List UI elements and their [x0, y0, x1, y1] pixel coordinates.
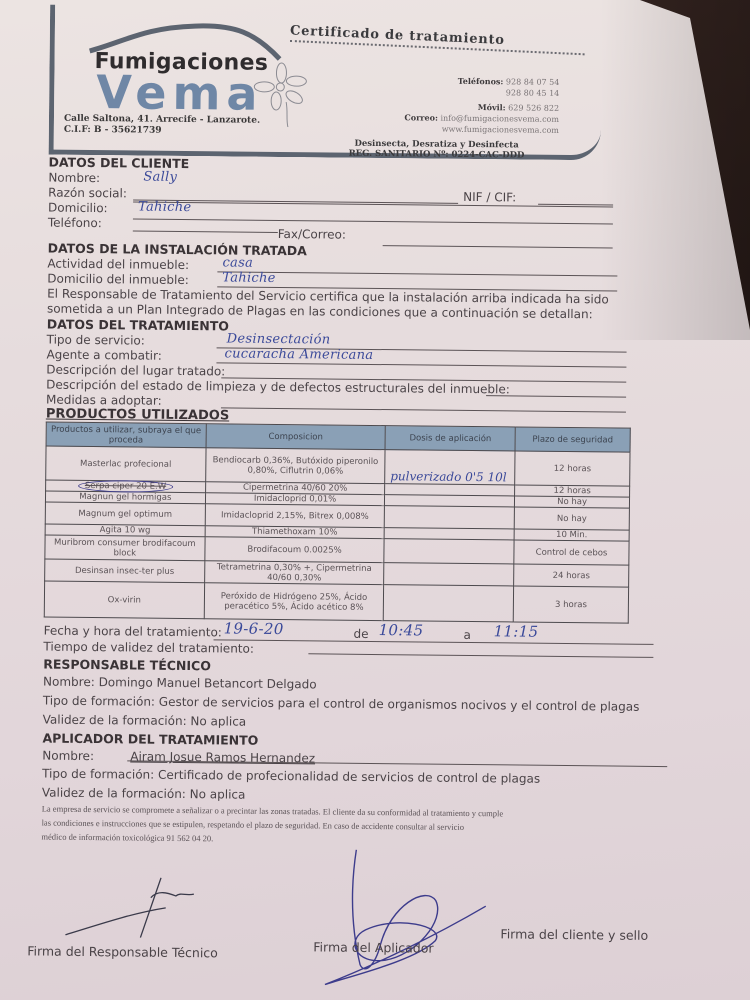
products-table-wrap: Productos a utilizar, subraya el que pro… — [44, 422, 646, 624]
contact-block: Teléfonos: 928 84 07 54 928 80 45 14 Móv… — [404, 75, 559, 136]
nif-label: NIF / CIF: — [463, 190, 516, 206]
lugar-label: Descripción del lugar tratado: — [46, 363, 225, 379]
validez-tratamiento-label: Tiempo de validez del tratamiento: — [43, 640, 254, 656]
product-safety-period: No hay — [514, 507, 629, 530]
telefono-label: Teléfono: — [48, 216, 102, 231]
email-label: Correo: — [404, 112, 438, 122]
product-name-cell[interactable]: Masterlac profecional — [46, 446, 206, 482]
company-name-line2: Vema — [96, 65, 264, 121]
medidas-label: Medidas a adoptar: — [46, 393, 162, 408]
product-dose-cell[interactable] — [384, 539, 514, 564]
product-name: Masterlac profecional — [80, 458, 171, 469]
tipo-servicio-value[interactable]: Desinsectación — [227, 331, 331, 347]
form-body: DATOS DEL CLIENTE Nombre: Sally Razón so… — [41, 155, 648, 850]
product-name: Muribrom consumer brodifacoum block — [54, 537, 196, 558]
fecha-de-label: de — [354, 627, 369, 642]
product-dose-cell[interactable] — [385, 506, 515, 529]
domicilio-value[interactable]: Tahiche — [138, 200, 192, 216]
razon-social-label: Razón social: — [48, 186, 127, 201]
actividad-value[interactable]: casa — [222, 255, 253, 270]
agente-value[interactable]: cucaracha Americana — [224, 346, 373, 363]
product-name-cell[interactable]: Magnum gel optimum — [45, 502, 205, 526]
product-dose-cell[interactable] — [384, 585, 514, 622]
validez-tratamiento-input-line[interactable] — [308, 653, 653, 658]
products-table: Productos a utilizar, subraya el que pro… — [44, 422, 631, 624]
email-address: info@fumigacionesvema.com — [440, 114, 559, 124]
product-safety-period: 24 horas — [514, 564, 629, 587]
product-composition: Bendiocarb 0,36%, Butóxido piperonilo 0,… — [205, 448, 385, 484]
aplicador-nombre-value: Airam Josue Ramos Hernandez — [130, 749, 315, 766]
product-dose-cell[interactable] — [384, 563, 514, 586]
fecha-time-end[interactable]: 11:15 — [494, 624, 539, 639]
fecha-a-label: a — [464, 628, 472, 643]
agente-label: Agente a combatir: — [46, 348, 161, 363]
phone-1: 928 84 07 54 — [506, 77, 560, 87]
header-plazo: Plazo de seguridad — [515, 427, 630, 452]
mobile-number: 629 526 822 — [508, 103, 559, 113]
product-name: Magnun gel hormigas — [79, 492, 171, 503]
product-safety-period: 12 horas — [515, 451, 630, 486]
fecha-label: Fecha y hora del tratamiento: — [44, 624, 222, 640]
mobile-label: Móvil: — [478, 102, 506, 112]
telefono-value-line[interactable] — [133, 230, 278, 233]
product-name: Serpa ciper 20 E.W — [78, 480, 173, 493]
header-dosis: Dosis de aplicación — [385, 426, 515, 451]
products-table-body: Masterlac profecionalBendiocarb 0,36%, B… — [44, 446, 630, 623]
product-composition: Peróxido de Hidrógeno 25%, Ácido peracét… — [204, 583, 384, 621]
product-name-cell[interactable]: Ox-virin — [44, 581, 204, 619]
product-safety-period: Control de cebos — [514, 540, 629, 565]
product-name-cell[interactable]: Desinsan insec-ter plus — [45, 559, 205, 583]
aplicador-nombre-label: Nombre: — [42, 749, 94, 764]
phones-label: Teléfonos: — [458, 76, 504, 86]
fax-label: Fax/Correo: — [278, 227, 346, 243]
product-row[interactable]: Ox-virinPeróxido de Hidrógeno 25%, Ácido… — [44, 581, 628, 623]
domicilio-label: Domicilio: — [48, 201, 108, 216]
firma-aplicador-label: Firma del Aplicador — [313, 939, 433, 955]
company-address: Calle Saltona, 41. Arrecife - Lanzarote.… — [64, 114, 260, 138]
cif-line: C.I.F: B - 35621739 — [64, 125, 260, 138]
product-name: Ox-virin — [108, 595, 141, 605]
website: www.fumigacionesvema.com — [442, 125, 559, 135]
aplicador-signature-icon — [295, 844, 497, 996]
actividad-label: Actividad del inmueble: — [47, 257, 189, 272]
domicilio-inmueble-label: Domicilio del inmueble: — [47, 272, 189, 287]
header-composicion: Composicion — [206, 424, 386, 450]
nombre-value[interactable]: Sally — [143, 170, 177, 185]
domicilio-inmueble-value[interactable]: Tahiche — [222, 270, 276, 286]
header-productos: Productos a utilizar, subraya el que pro… — [46, 422, 206, 448]
product-name: Magnum gel optimum — [78, 508, 172, 519]
firma-cliente-label: Firma del cliente y sello — [500, 926, 648, 943]
product-composition: Imidacloprid 2,15%, Bitrex 0,008% — [205, 504, 385, 528]
product-name-cell[interactable]: Muribrom consumer brodifacoum block — [45, 535, 205, 561]
document: Fumigaciones Vema Calle Saltona, 41. Arr… — [0, 0, 750, 1000]
product-composition: Tetrametrina 0,30% +, Cipermetrina 40/60… — [204, 561, 384, 585]
fecha-time-start[interactable]: 10:45 — [379, 623, 424, 638]
product-name: Desinsan insec-ter plus — [75, 565, 174, 576]
firma-responsable-label: Firma del Responsable Técnico — [27, 943, 218, 960]
dose-handwritten[interactable]: pulverizado 0'5 10l — [390, 469, 507, 484]
tipo-servicio-label: Tipo de servicio: — [47, 333, 145, 348]
product-safety-period: 3 horas — [513, 586, 628, 623]
product-composition: Brodifacoum 0.0025% — [205, 537, 385, 563]
responsable-signature-icon — [45, 867, 226, 949]
legal-note: La empresa de servicio se compromete a s… — [41, 802, 641, 850]
product-name: Agita 10 wg — [100, 525, 151, 536]
phone-2: 928 80 45 14 — [506, 88, 560, 98]
fecha-date-value[interactable]: 19-6-20 — [224, 621, 284, 637]
nombre-label: Nombre: — [48, 171, 100, 186]
